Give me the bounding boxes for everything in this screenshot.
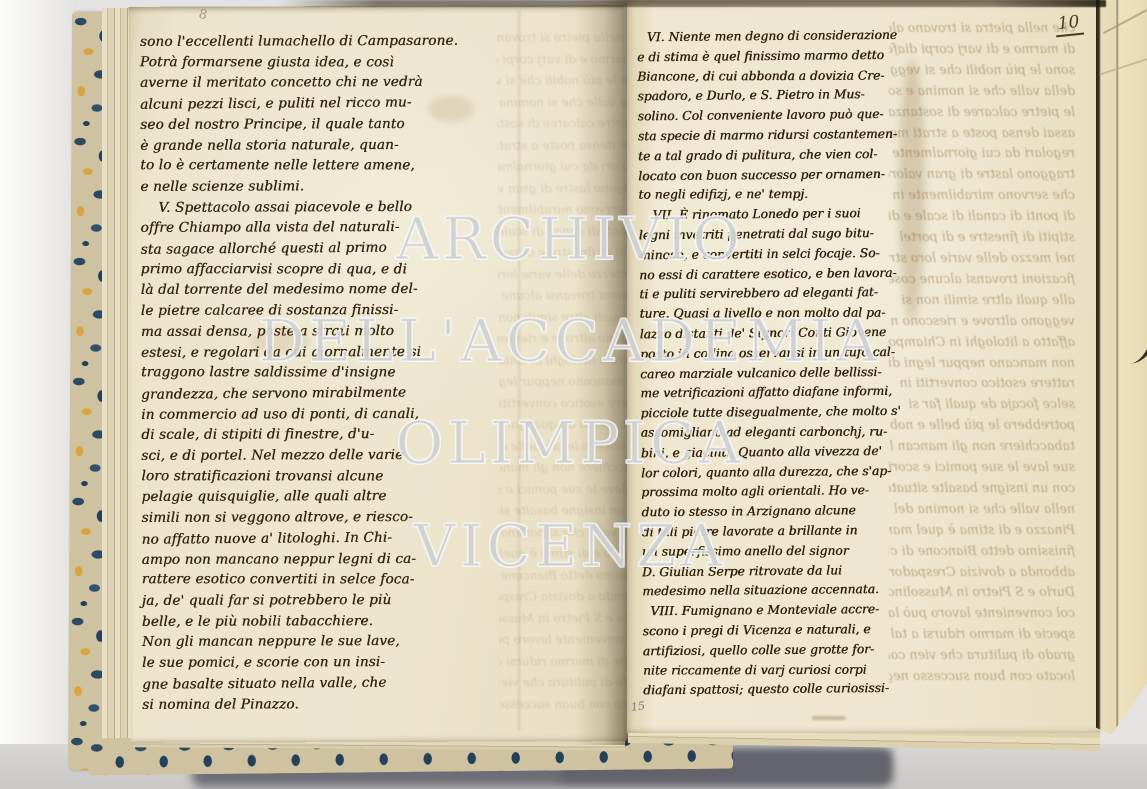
text-line: specie di marmo ridursi a tal bbox=[889, 624, 1075, 645]
text-line: si nomina del Pinazzo. bbox=[142, 693, 487, 715]
text-line: e nelle scienze sublimi. bbox=[140, 176, 485, 198]
text-line: no affatto nuove a' litologhi. In Chi- bbox=[141, 527, 486, 551]
text-line: rattere esotico convertiti in selce foca… bbox=[142, 569, 487, 590]
text-line: ma assai densa, poste a strati molto bbox=[141, 320, 486, 342]
text-line: col conveniente lavoro può la bbox=[889, 603, 1075, 624]
text-line: grado di pulitura che vien col bbox=[889, 645, 1075, 666]
text-line: rattere esotico convertiti in bbox=[889, 373, 1075, 394]
text-line: te a tal grado di pulitura, che vien col… bbox=[638, 145, 896, 167]
text-line: artifiziosi, quello colle sue grotte for… bbox=[643, 639, 901, 661]
left-page: 8 che nella pietra si trovano alcunedi m… bbox=[129, 5, 627, 743]
text-line: grandezza, che servono mirabilmente bbox=[141, 382, 486, 406]
text-line: picciole tutte disegualmente, che molto … bbox=[640, 402, 898, 424]
text-line: e di stima è quel finissimo marmo detto bbox=[637, 46, 895, 68]
text-line: potrebbero le più belle e nobili bbox=[889, 415, 1075, 436]
gutter-shadow bbox=[575, 0, 628, 745]
text-line: Non gli mancan neppure le sue lave, bbox=[142, 631, 487, 653]
text-line: prossima molto agli orientali. Ho ve- bbox=[641, 481, 899, 503]
text-line: nella valle che si nomina del bbox=[889, 499, 1075, 520]
text-line: tabacchiere non gli mancan le bbox=[889, 436, 1075, 457]
text-line: non mancano neppur legni di ca bbox=[889, 353, 1075, 374]
text-line: ja, de' quali far si potrebbero le più bbox=[142, 590, 487, 612]
text-line: sta specie di marmo ridursi costantemen- bbox=[638, 125, 896, 147]
fore-edge-crease bbox=[1103, 4, 1147, 34]
text-line: Biancone, di cui abbonda a dovizia Cre- bbox=[637, 66, 895, 87]
text-line: offre Chiampo alla vista del naturali- bbox=[140, 217, 485, 239]
text-line: un superfissimo anello del signor bbox=[642, 541, 900, 562]
text-line: Pinazzo e di stima è quel marmo bbox=[889, 520, 1075, 541]
text-line: legni invetriti penetrati dal sugo bitu- bbox=[639, 224, 897, 246]
text-line: no essi di carattere esotico, e ben lavo… bbox=[639, 263, 897, 285]
right-page-text: VI. Niente men degno di considerazionee … bbox=[637, 26, 901, 702]
manuscript-scan: 8 che nella pietra si trovano alcunedi m… bbox=[0, 0, 1147, 789]
text-line: è grande nella storia naturale, quan- bbox=[140, 134, 485, 156]
text-line: bini, e giacinti. Quanto alla vivezza de… bbox=[641, 441, 899, 463]
paper-stain bbox=[899, 60, 925, 320]
text-line: locato con buon successo negli bbox=[889, 666, 1075, 687]
book-top-edge bbox=[278, 0, 1106, 7]
text-line: Potrà formarsene giusta idea, e così bbox=[140, 52, 485, 73]
text-line: solino. Col conveniente lavoro può que- bbox=[638, 105, 896, 127]
text-line: scono i pregi di Vicenza e naturali, e bbox=[642, 620, 900, 642]
text-line: traggono lastre saldissime d'insigne bbox=[141, 362, 486, 383]
text-line: Durlo e S Pietro in Mussolino bbox=[889, 582, 1075, 603]
corner-mark: 8 bbox=[197, 7, 209, 24]
text-line: VI. Niente men degno di considerazione bbox=[637, 26, 895, 48]
text-line: V. Spettacolo assai piacevole e bello bbox=[140, 196, 485, 218]
text-line: le sue pomici, e scorie con un insi- bbox=[142, 652, 487, 674]
text-line: careo marziale vulcanico delle bellissi- bbox=[640, 362, 898, 384]
text-line: nite riccamente di varj curiosi corpi bbox=[643, 660, 901, 681]
fore-edge-dark-notch bbox=[1092, 164, 1147, 368]
text-line: ti e puliti servirebbero ad eleganti fat… bbox=[639, 283, 897, 305]
text-line: minoso, e convertiti in selci focaje. So… bbox=[639, 244, 897, 266]
sheet-number: 15 bbox=[630, 699, 646, 714]
text-line: VII. È rinomato Lonedo per i suoi bbox=[638, 204, 896, 226]
text-line: me vetrificazioni affatto diafane inform… bbox=[640, 382, 898, 404]
text-line: di marmo e di varj corpi diafani bbox=[889, 39, 1075, 60]
text-line: selce focaja de quali far si bbox=[889, 394, 1075, 415]
text-line: primo affacciarvisi scopre di qua, e di bbox=[141, 259, 486, 280]
text-line: to lo è certamente nelle lettere amene, bbox=[140, 155, 485, 176]
text-line: locato con buon successo per ornamen- bbox=[638, 164, 896, 186]
text-line: che nella pietra si trovano alcune bbox=[889, 18, 1075, 39]
text-line: abbonda a dovizia Crespadoro e bbox=[889, 562, 1075, 583]
text-line: posto in collina osservansi in un tufo c… bbox=[640, 343, 898, 365]
text-line: gne basalte situato nella valle, che bbox=[142, 672, 487, 696]
text-line: sta sagace allorché questi al primo bbox=[140, 237, 485, 261]
text-line: sue lave le sue pomici e scorie bbox=[889, 457, 1075, 478]
left-page-text: sono l'eccellenti lumachello di Campasar… bbox=[140, 31, 487, 715]
pencil-smudge bbox=[812, 716, 846, 720]
text-line: lazzo distanti de' Signori Conti Giovene bbox=[640, 323, 898, 345]
text-line: finissimo detto Biancone di cui bbox=[889, 541, 1075, 562]
text-line: in commercio ad uso di ponti, di canali, bbox=[141, 403, 486, 425]
text-line: ture. Quasi a livello e non molto dal pa… bbox=[639, 304, 897, 325]
text-line: spadoro, e Durlo, e S. Pietro in Mus- bbox=[637, 85, 895, 107]
page-crease bbox=[518, 10, 520, 730]
text-line: pelagie quisquiglie, alle quali altre bbox=[141, 486, 486, 508]
text-line: sono l'eccellenti lumachello di Campasar… bbox=[140, 31, 485, 53]
right-page: 10 che nella pietra si trovano alcunedi … bbox=[627, 0, 1099, 733]
text-line: simili non si veggono altrove, e riesco- bbox=[141, 507, 486, 529]
paper-stain bbox=[428, 96, 474, 122]
text-line: ampo non mancano neppur legni di ca- bbox=[142, 548, 487, 570]
fore-edge-crease bbox=[1099, 54, 1147, 75]
scanner-background bbox=[0, 0, 78, 789]
text-line: con un insigne basalte situato bbox=[889, 478, 1075, 499]
paper-stain bbox=[250, 330, 310, 352]
text-line: le pietre calcaree di sostanza finissi- bbox=[141, 300, 486, 322]
text-line: lor colori, quanto alla durezza, che s'a… bbox=[641, 461, 899, 483]
text-line: to negli edifizj, e ne' tempj. bbox=[638, 185, 896, 206]
text-line: diafani spattosi; questo colle curiosiss… bbox=[643, 679, 901, 701]
text-line: là dal torrente del medesimo nome del- bbox=[141, 279, 486, 301]
text-line: assomigliano ad eleganti carbonchj, ru- bbox=[641, 422, 899, 443]
text-line: duto io stesso in Arzignano alcune bbox=[641, 501, 899, 523]
text-line: di tali pietre lavorate a brillante in bbox=[642, 521, 900, 543]
text-line: belle, e le più nobili tabacchiere. bbox=[142, 610, 487, 632]
text-line: averne il meritato concetto chi ne vedrà bbox=[140, 72, 485, 94]
text-line: sci, e di portel. Nel mezzo delle varie bbox=[141, 445, 486, 467]
text-line: medesimo nella situazione accennata. bbox=[642, 580, 900, 602]
text-line: estesi, e regolari da cui giornalmente s… bbox=[141, 341, 486, 363]
text-line: D. Giulian Serpe ritrovate da lui bbox=[642, 560, 900, 582]
text-line: VIII. Fumignano e Monteviale accre- bbox=[642, 600, 900, 622]
text-line: affatto a litologhi in Chiampo bbox=[889, 332, 1075, 353]
text-line: veggono altrove e riescono nuove bbox=[889, 311, 1075, 332]
text-line: di scale, di stipiti di finestre, d'u- bbox=[141, 424, 486, 446]
text-line: loro stratificazioni trovansi alcune bbox=[141, 466, 486, 487]
fore-edge-pages bbox=[1096, 0, 1147, 735]
